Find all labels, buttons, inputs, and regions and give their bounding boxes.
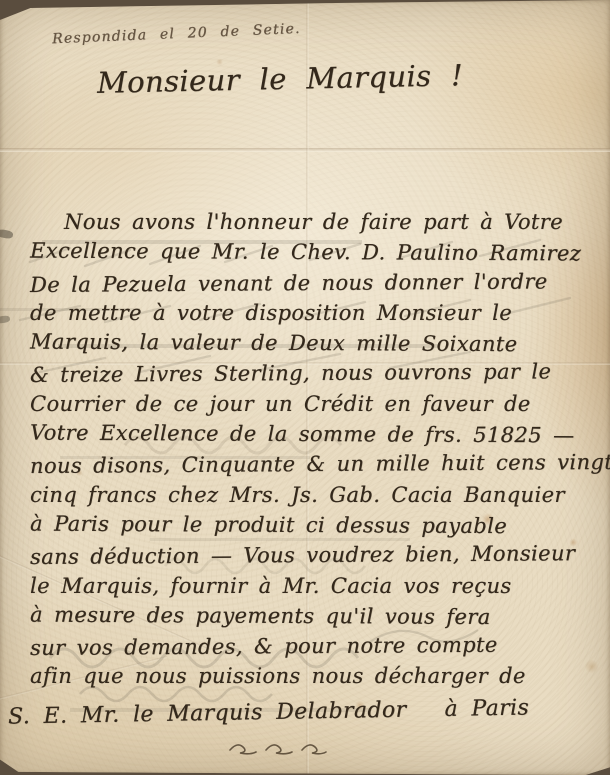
letter-line: Marquis, la valeur de Deux mille Soixant… xyxy=(30,330,596,363)
letter-line: Courrier de ce jour un Crédit en faveur … xyxy=(30,392,596,422)
flourish-marks-icon xyxy=(228,740,328,756)
letter-line: nous disons, Cinquante & un mille huit c… xyxy=(30,450,596,484)
letter-line: de mettre à votre disposition Monsieur l… xyxy=(30,301,596,331)
horizontal-fold-crease xyxy=(0,148,610,152)
scanned-letter-page: { "document": { "type": "handwritten-let… xyxy=(0,0,610,775)
letter-line: sans déduction — Vous voudrez bien, Mons… xyxy=(30,541,596,575)
letter-line: sur vos demandes, & pour notre compte xyxy=(30,632,596,666)
letter-line: Excellence que Mr. le Chev. D. Paulino R… xyxy=(30,239,596,272)
letter-line: Nous avons l'honneur de faire part à Vot… xyxy=(30,210,596,240)
address-spacer xyxy=(407,716,445,717)
ink-smudge xyxy=(0,229,14,240)
letter-line: cinq francs chez Mrs. Js. Gab. Cacia Ban… xyxy=(30,483,596,513)
letter-line: afin que nous puissions nous décharger d… xyxy=(30,664,596,694)
address-recipient: S. E. Mr. le Marquis Delabrador xyxy=(8,698,407,730)
letter-line: à mesure des payements qu'il vous fera xyxy=(30,602,596,635)
letter-line: à Paris pour le produit ci dessus payabl… xyxy=(30,511,596,544)
ink-smudge xyxy=(0,315,10,324)
letter-line: & treize Livres Sterling, nous ouvrons p… xyxy=(30,360,596,394)
address-place: à Paris xyxy=(444,695,529,721)
salutation-line: Monsieur le Marquis ! xyxy=(0,56,560,102)
letter-paper-sheet: Respondida el 20 de Setie. Monsieur le M… xyxy=(0,0,610,775)
letter-line: le Marquis, fournir à Mr. Cacia vos reçu… xyxy=(30,574,596,604)
archival-annotation: Respondida el 20 de Setie. xyxy=(52,21,301,47)
address-line: S. E. Mr. le Marquis Delabradorà Paris xyxy=(8,695,530,729)
letter-line: De la Pezuela venant de nous donner l'or… xyxy=(30,269,596,303)
letter-line: Votre Excellence de la somme de frs. 518… xyxy=(30,421,596,454)
letter-body: Nous avons l'honneur de faire part à Vot… xyxy=(30,210,596,695)
